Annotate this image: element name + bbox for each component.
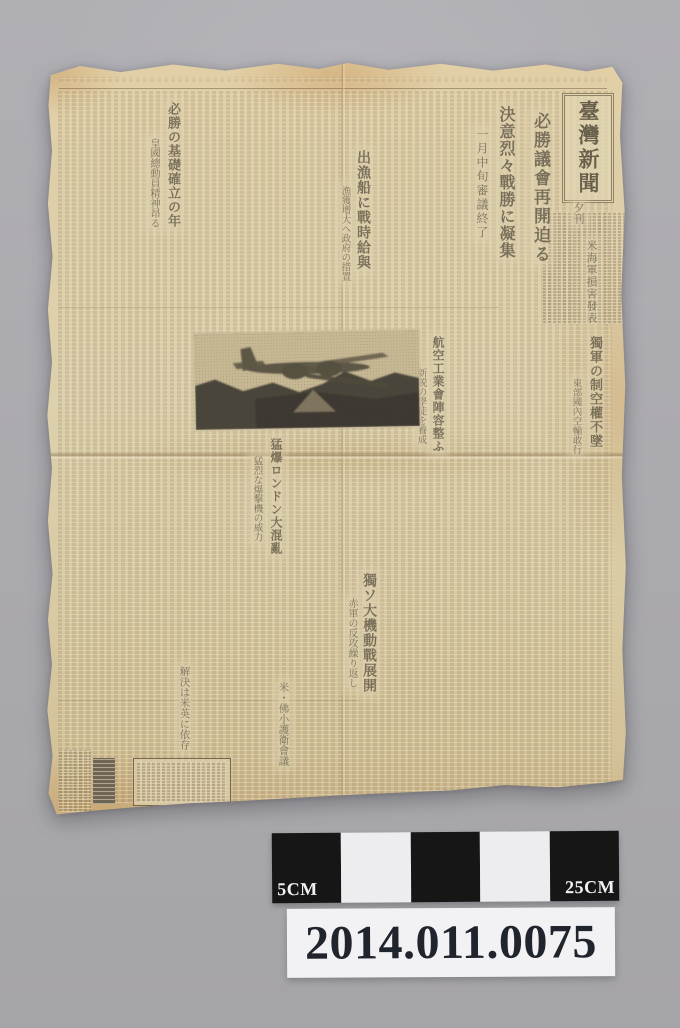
headline-convoy: 米・佛小護衛會議 <box>278 682 289 766</box>
headline-fishing-sub: 漁獲增大へ政府の措置 <box>340 186 350 281</box>
headline-main-sub: 一月中旬審議終了 <box>476 128 488 240</box>
scale-label-5cm: 5CM <box>277 879 318 900</box>
headline-us-navy: 米海軍損害發表 <box>586 240 597 324</box>
edition-label: 夕刊 <box>573 202 584 224</box>
scale-segment-black <box>411 832 481 902</box>
headline-fishing: 出漁船に戰時給與 <box>356 150 370 270</box>
headline-luftwaffe: 獨軍の制空權不墜 <box>588 336 601 448</box>
boxed-advertisement <box>133 758 231 806</box>
headline-victory-year-sub: 皇國總動員精神昂る <box>148 138 158 228</box>
dark-advert-block <box>93 758 115 804</box>
scale-label-25cm: 25CM <box>565 877 615 898</box>
dateline-texture <box>59 77 607 83</box>
classified-ads-texture <box>59 750 91 812</box>
section-rule-2 <box>59 700 359 701</box>
masthead-taiwan-shimbun: 臺灣新聞 <box>562 93 614 203</box>
horizontal-fold-crease <box>47 452 625 459</box>
headline-victory-year: 必勝の基礎確立の年 <box>166 102 179 228</box>
halftone-overlay <box>194 330 420 430</box>
headline-anglo-us: 解決は米英に依存 <box>179 666 190 750</box>
studio-background: 臺灣新聞 夕刊 必勝議會再開迫る 決意烈々戰勝に凝集 一月中旬審議終了 米海軍損… <box>0 0 680 1028</box>
scale-segment-white <box>341 832 411 902</box>
headline-main-deck: 決意烈々戰勝に凝集 <box>498 106 514 259</box>
advert-text-texture <box>137 762 227 802</box>
newspaper-sheet: 臺灣新聞 夕刊 必勝議會再開迫る 決意烈々戰勝に凝集 一月中旬審議終了 米海軍損… <box>45 60 627 816</box>
headline-main: 必勝議會再開迫る <box>531 112 548 264</box>
headline-aviation: 航空工業會陣容整ふ <box>432 336 444 453</box>
publication-info-texture <box>543 212 653 324</box>
newsprint-texture <box>58 91 612 803</box>
newspaper-sheet-wrap: 臺灣新聞 夕刊 必勝議會再開迫る 決意烈々戰勝に凝集 一月中旬審議終了 米海軍損… <box>45 60 627 816</box>
photographic-scale-bar: 5CM 25CM <box>272 831 619 903</box>
headline-london: 猛爆ロンドン大混亂 <box>270 438 282 555</box>
section-rule <box>59 307 499 308</box>
headline-eastern-front-sub: 赤軍の反攻繰り返し <box>346 598 356 688</box>
headline-london-sub: 猛烈な爆擊機の威力 <box>252 456 262 542</box>
accession-number: 2014.011.0075 <box>305 914 597 971</box>
accession-number-card: 2014.011.0075 <box>287 907 615 978</box>
scale-segment-white <box>480 831 550 901</box>
bomber-press-photo <box>194 330 420 430</box>
headline-eastern-front: 獨ソ大機動戰展開 <box>362 573 376 693</box>
vertical-fold-crease <box>341 64 345 812</box>
top-rule <box>59 88 607 89</box>
headline-luftwaffe-sub: 東部國內空輸敢行 <box>571 378 581 454</box>
